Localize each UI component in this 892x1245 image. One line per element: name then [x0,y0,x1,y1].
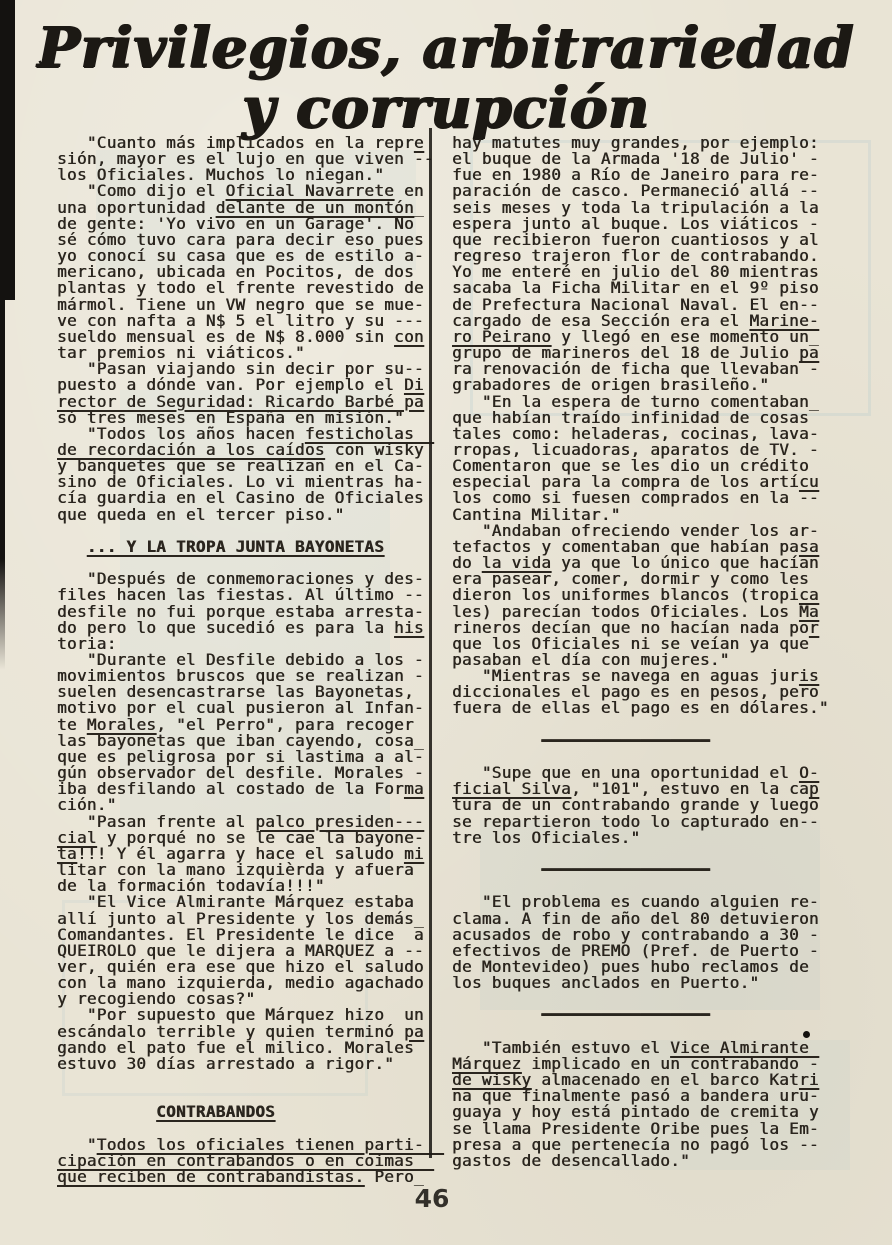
ink-dot [803,1031,810,1038]
right-column-text: hay matutes muy grandes, por ejemplo:el … [452,135,864,1169]
title-line-1: Privilegios, arbitrariedad [38,15,855,81]
scan-edge-artifact [0,300,5,670]
left-column-text: "Cuanto más implicados en la represión, … [57,135,441,1185]
page-number: 46 [408,1184,456,1213]
magazine-page: ‛ Privilegios, arbitrariedady corrupción… [0,0,892,1245]
column-divider-rule [429,128,432,1158]
title-line-2: y corrupción [242,75,650,141]
article-title: Privilegios, arbitrariedady corrupción [0,18,892,138]
